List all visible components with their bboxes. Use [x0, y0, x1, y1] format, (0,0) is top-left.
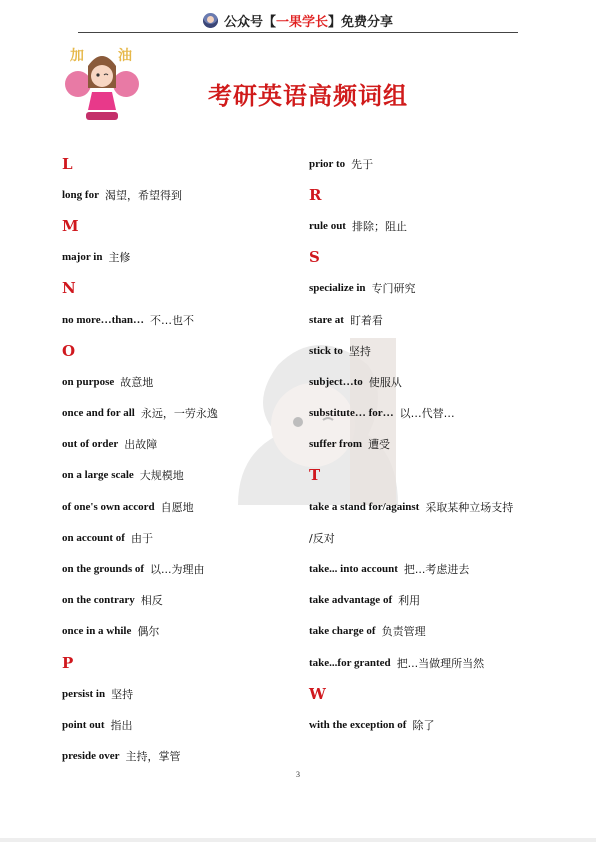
- phrase-entry: specialize in专门研究: [309, 273, 579, 304]
- phrase-entry: of one's own accord自愿地: [62, 491, 302, 522]
- section-letter: N: [62, 273, 302, 304]
- phrase-entry: once and for all永远，一劳永逸: [62, 398, 302, 429]
- header-prefix: 公众号【: [224, 11, 276, 30]
- header-suffix: 】免费分享: [328, 11, 393, 30]
- phrase-en: preside over: [62, 750, 120, 762]
- phrase-en: on the contrary: [62, 594, 135, 606]
- phrase-en: take advantage of: [309, 594, 392, 606]
- phrase-zh: 盯着看: [350, 312, 383, 328]
- phrase-zh: 主修: [108, 249, 130, 265]
- phrase-entry: on the contrary相反: [62, 585, 302, 616]
- phrase-zh: 负责管理: [382, 623, 426, 639]
- section-letter: M: [62, 210, 302, 241]
- section-letter: S: [309, 242, 579, 273]
- avatar-icon: [203, 13, 218, 28]
- phrase-entry: take charge of负责管理: [309, 616, 579, 647]
- phrase-zh: 主持，掌管: [126, 748, 181, 764]
- phrase-en: subject…to: [309, 376, 363, 388]
- phrase-entry: stare at盯着看: [309, 304, 579, 335]
- phrase-zh: 永远，一劳永逸: [141, 405, 218, 421]
- phrase-zh: 把...当做理所当然: [397, 655, 485, 671]
- phrase-en: specialize in: [309, 282, 366, 294]
- phrase-en: out of order: [62, 438, 118, 450]
- phrase-entry: major in主修: [62, 242, 302, 273]
- phrase-en: of one's own accord: [62, 501, 155, 513]
- phrase-entry: prior to先于: [309, 148, 579, 179]
- phrase-entry: long for渴望，希望得到: [62, 179, 302, 210]
- section-letter: T: [309, 460, 579, 491]
- phrase-en: rule out: [309, 220, 346, 232]
- phrase-zh: 采取某种立场支持: [425, 499, 513, 515]
- phrase-entry: suffer from遭受: [309, 429, 579, 460]
- phrase-zh: 排除；阻止: [352, 218, 407, 234]
- phrase-entry: once in a while偶尔: [62, 616, 302, 647]
- phrase-zh: 遭受: [368, 436, 390, 452]
- phrase-zh: 出故障: [124, 436, 157, 452]
- header-brand: 一果学长: [276, 11, 328, 30]
- phrase-en: prior to: [309, 158, 345, 170]
- phrase-en: substitute… for…: [309, 407, 394, 419]
- phrase-entry: substitute… for…以…代替…: [309, 398, 579, 429]
- phrase-entry: stick to坚持: [309, 335, 579, 366]
- section-letter: O: [62, 335, 302, 366]
- phrase-en: on purpose: [62, 376, 114, 388]
- phrase-entry: on account of由于: [62, 522, 302, 553]
- phrase-en: take a stand for/against: [309, 501, 419, 513]
- phrase-en: stare at: [309, 314, 344, 326]
- phrase-zh: 专门研究: [372, 280, 416, 296]
- phrase-entry: no more…than…不…也不: [62, 304, 302, 335]
- page-bottom-edge: [0, 838, 596, 842]
- phrase-en: on account of: [62, 532, 125, 544]
- phrase-en: major in: [62, 251, 102, 263]
- phrase-entry-continuation: /反对: [309, 522, 579, 553]
- section-letter: R: [309, 179, 579, 210]
- phrase-zh: 相反: [141, 592, 163, 608]
- phrase-zh: 除了: [412, 717, 434, 733]
- phrase-en: point out: [62, 719, 105, 731]
- phrase-zh: 偶尔: [137, 623, 159, 639]
- phrase-entry: rule out排除；阻止: [309, 210, 579, 241]
- svg-text:油: 油: [118, 47, 132, 64]
- phrase-zh: 故意地: [120, 374, 153, 390]
- phrase-entry: take a stand for/against采取某种立场支持: [309, 491, 579, 522]
- phrase-entry: preside over主持，掌管: [62, 741, 302, 772]
- phrase-zh: 自愿地: [161, 499, 194, 515]
- page-title: 考研英语高频词组: [208, 76, 408, 111]
- phrase-en: persist in: [62, 688, 105, 700]
- phrase-entry: subject…to使服从: [309, 366, 579, 397]
- page-number: 3: [0, 770, 596, 779]
- phrase-zh: 先于: [351, 156, 373, 172]
- phrase-entry: out of order出故障: [62, 429, 302, 460]
- section-letter: P: [62, 647, 302, 678]
- phrase-en: take...for granted: [309, 657, 391, 669]
- phrase-zh: 由于: [131, 530, 153, 546]
- phrase-entry: on the grounds of以...为理由: [62, 553, 302, 584]
- phrase-zh: 以…代替…: [400, 405, 455, 421]
- phrase-entry: take...for granted把...当做理所当然: [309, 647, 579, 678]
- phrase-entry: on purpose故意地: [62, 366, 302, 397]
- phrase-zh: 利用: [398, 592, 420, 608]
- left-column: L long for渴望，希望得到 M major in主修 N no more…: [62, 148, 302, 772]
- phrase-zh: 不…也不: [150, 312, 194, 328]
- phrase-en: take... into account: [309, 563, 398, 575]
- phrase-entry: point out指出: [62, 709, 302, 740]
- phrase-entry: on a large scale大规模地: [62, 460, 302, 491]
- phrase-en: on the grounds of: [62, 563, 144, 575]
- phrase-en: take charge of: [309, 625, 376, 637]
- phrase-zh: 渴望，希望得到: [105, 187, 182, 203]
- phrase-zh: 指出: [111, 717, 133, 733]
- phrase-en: long for: [62, 189, 99, 201]
- phrase-en: with the exception of: [309, 719, 406, 731]
- phrase-zh: /反对: [309, 530, 335, 546]
- phrase-en: suffer from: [309, 438, 362, 450]
- phrase-zh: 大规模地: [140, 467, 184, 483]
- phrase-zh: 坚持: [349, 343, 371, 359]
- phrase-en: no more…than…: [62, 314, 144, 326]
- cheer-girl-logo-icon: 加 油: [62, 44, 142, 130]
- section-letter: W: [309, 678, 579, 709]
- section-letter: L: [62, 148, 302, 179]
- phrase-en: once and for all: [62, 407, 135, 419]
- phrase-en: once in a while: [62, 625, 131, 637]
- phrase-zh: 使服从: [369, 374, 402, 390]
- phrase-zh: 以...为理由: [150, 561, 205, 577]
- phrase-entry: take... into account把...考虑进去: [309, 553, 579, 584]
- phrase-entry: take advantage of利用: [309, 585, 579, 616]
- phrase-zh: 坚持: [111, 686, 133, 702]
- svg-text:加: 加: [70, 48, 84, 64]
- phrase-en: stick to: [309, 345, 343, 357]
- phrase-entry: with the exception of除了: [309, 709, 579, 740]
- phrase-en: on a large scale: [62, 469, 134, 481]
- right-column: prior to先于 R rule out排除；阻止 S specialize …: [309, 148, 579, 741]
- phrase-zh: 把...考虑进去: [404, 561, 470, 577]
- page-header: 公众号【一果学长】免费分享: [0, 8, 596, 32]
- phrase-entry: persist in坚持: [62, 678, 302, 709]
- header-divider: [78, 32, 518, 33]
